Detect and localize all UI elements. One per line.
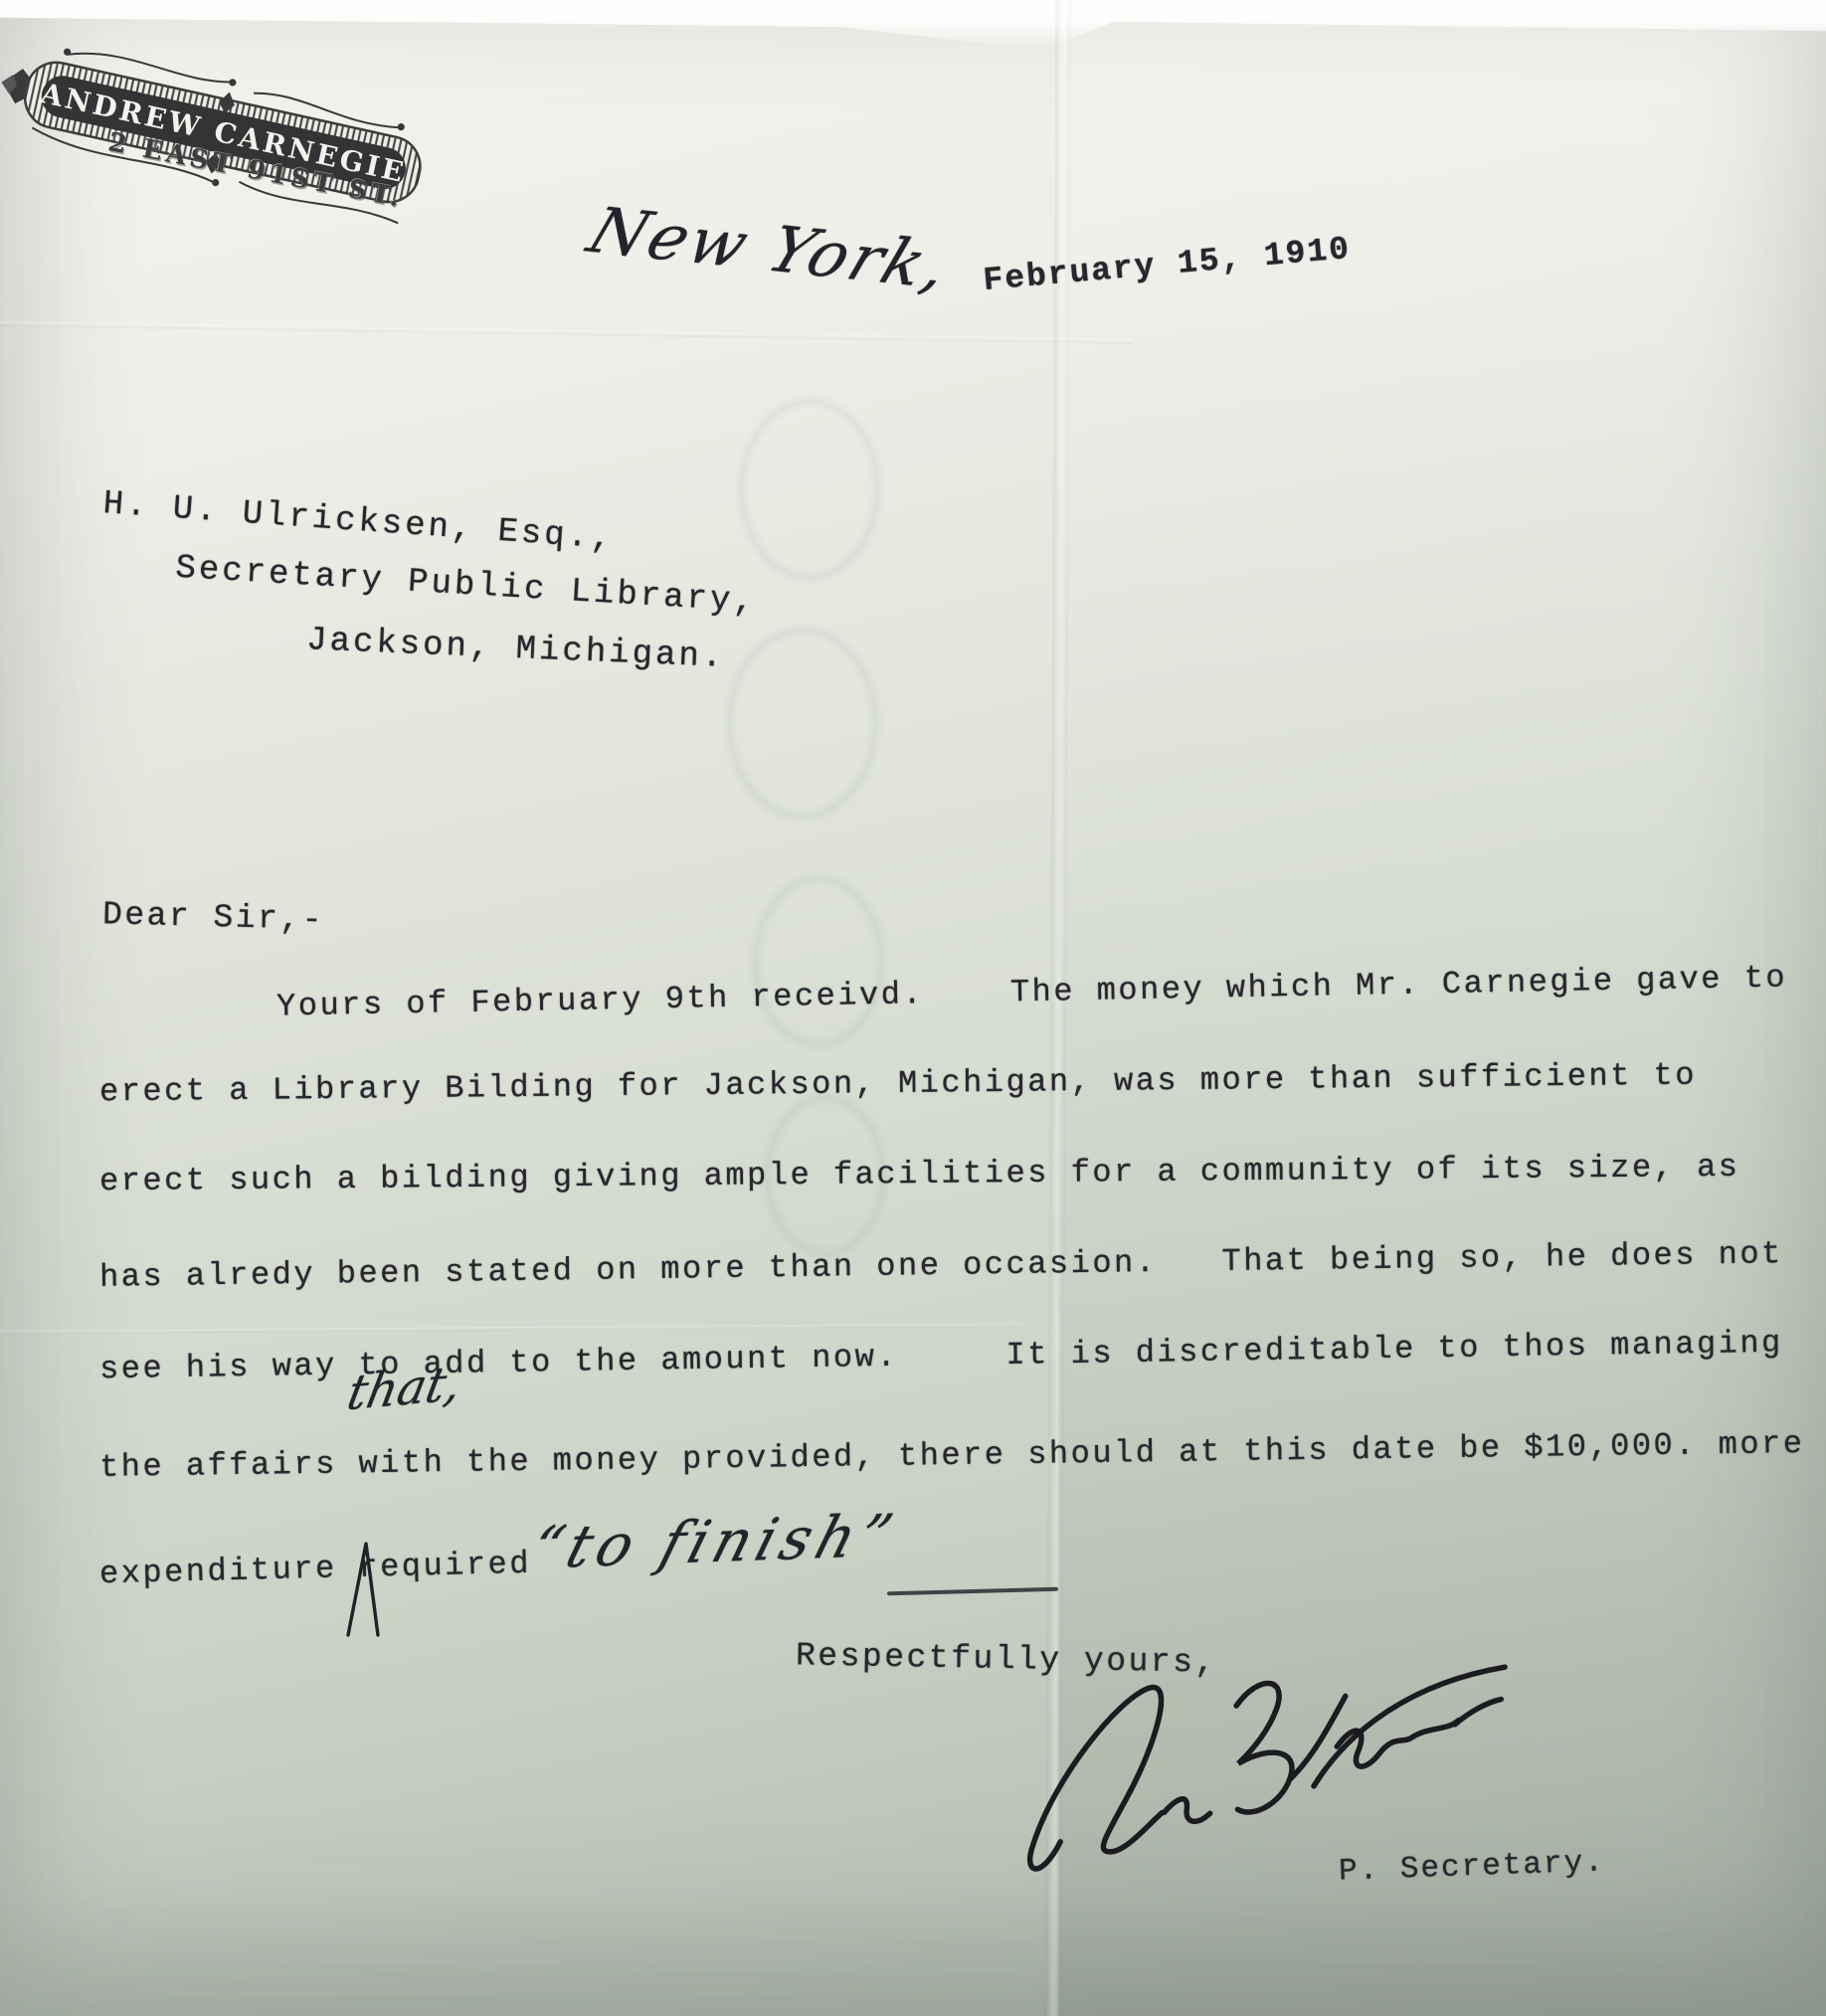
new-york-script: New York,	[579, 195, 962, 303]
handwritten-insertion-that: that,	[343, 1355, 466, 1421]
recipient-city: Jackson, Michigan.	[305, 624, 725, 675]
insertion-caret	[344, 1540, 388, 1639]
horizontal-crease-top	[0, 321, 1132, 344]
handwritten-to-finish: “to finish”	[523, 1501, 906, 1581]
secretary-title: P. Secretary.	[1339, 1847, 1606, 1887]
salutation: Dear Sir,-	[102, 898, 325, 937]
recipient-title: Secretary Public Library,	[175, 552, 758, 621]
letter-paper: ANDREW CARNEGIE 2 EAST 91ST ST. New York…	[0, 0, 1826, 2016]
recipient-name: H. U. Ulricksen, Esq.,	[101, 487, 615, 557]
horizontal-crease-middle	[0, 1323, 1022, 1334]
bleed-through-mark	[726, 627, 879, 820]
body-line: expenditure required	[99, 1549, 532, 1591]
bleed-through-mark	[738, 398, 881, 581]
bleed-through-mark	[752, 875, 885, 1048]
handwritten-dash	[887, 1587, 1058, 1596]
